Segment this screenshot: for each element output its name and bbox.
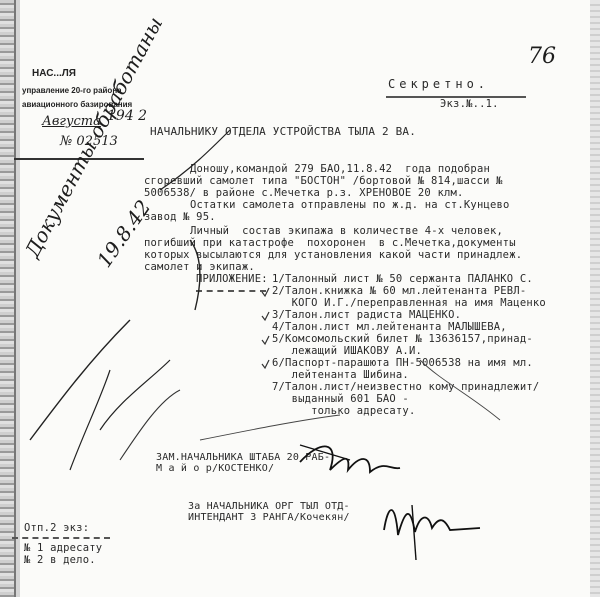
handwriting-strokes	[0, 0, 600, 597]
